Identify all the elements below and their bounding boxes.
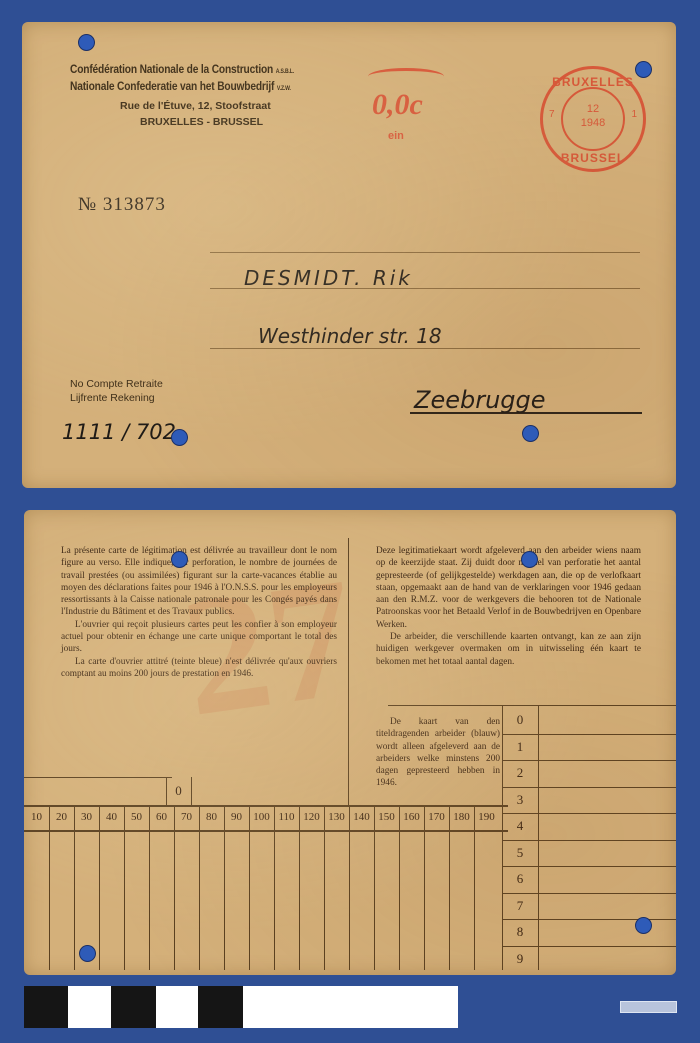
- dutch-paragraph-2: De arbeider, die verschillende kaarten o…: [376, 631, 641, 668]
- grid-line: [174, 806, 175, 970]
- dutch-text-column-bottom: De kaart van den titeldragenden arbeider…: [376, 716, 500, 790]
- zero-cell: 0: [166, 783, 191, 799]
- grid-line: [224, 806, 225, 970]
- french-paragraph-1: La présente carte de légitimation est dé…: [61, 545, 337, 619]
- column-divider: [348, 538, 349, 806]
- tens-column-header: 60: [149, 811, 174, 823]
- tens-column-header: 180: [449, 811, 474, 823]
- grid-line: [502, 813, 676, 814]
- tens-column-header: 30: [74, 811, 99, 823]
- header-line-fr: Confédération Nationale de la Constructi…: [70, 62, 294, 76]
- tens-column-header: 70: [174, 811, 199, 823]
- grid-line: [502, 946, 676, 947]
- tens-column-header: 80: [199, 811, 224, 823]
- rule-line: [210, 348, 640, 349]
- units-row-label: 8: [505, 924, 535, 940]
- meter-arc: [368, 68, 444, 85]
- meter-lower: ein: [388, 130, 404, 142]
- number-label: №: [78, 194, 97, 215]
- units-row-label: 7: [505, 898, 535, 914]
- dutch-paragraph-1: Deze legitimatiekaart wordt afgeleverd a…: [376, 545, 641, 631]
- calibration-white-3: [243, 986, 458, 1028]
- holder-town: Zeebrugge: [414, 386, 546, 414]
- postmark-bottom: BRUSSEL: [543, 151, 643, 165]
- grid-line: [502, 919, 676, 920]
- french-paragraph-3: La carte d'ouvrier attitré (teinte bleue…: [61, 656, 337, 681]
- calibration-black-1: [24, 986, 68, 1028]
- grid-line: [538, 705, 539, 970]
- tens-column-header: 160: [399, 811, 424, 823]
- dutch-paragraph-3: De kaart van den titeldragenden arbeider…: [376, 716, 500, 790]
- grid-line: [99, 806, 100, 970]
- grid-line: [502, 705, 503, 970]
- card-number: № 313873: [78, 194, 166, 216]
- calibration-black-3: [198, 986, 243, 1028]
- units-row-label: 4: [505, 818, 535, 834]
- tens-column-header: 40: [99, 811, 124, 823]
- perforation-hole: [172, 430, 187, 445]
- grid-line: [24, 830, 508, 832]
- perforation-hole: [522, 552, 537, 567]
- grid-line: [191, 777, 192, 805]
- tens-column-header: 120: [299, 811, 324, 823]
- grid-line: [502, 866, 676, 867]
- postmark-top: BRUXELLES: [543, 75, 643, 89]
- back-card: 27 La présente carte de légitimation est…: [24, 510, 676, 975]
- rule-line: [210, 252, 640, 253]
- tens-column-header: 110: [274, 811, 299, 823]
- front-card: Confédération Nationale de la Constructi…: [22, 22, 676, 488]
- header-nl-text: Nationale Confederatie van het Bouwbedri…: [70, 79, 274, 93]
- grid-line: [424, 806, 425, 970]
- units-row-label: 6: [505, 871, 535, 887]
- units-row-label: 3: [505, 792, 535, 808]
- units-row-label: 0: [505, 712, 535, 728]
- header-line-nl: Nationale Confederatie van het Bouwbedri…: [70, 79, 291, 93]
- header-nl-suffix: V.Z.W.: [277, 86, 291, 92]
- tens-column-header: 170: [424, 811, 449, 823]
- header-address: Rue de l'Étuve, 12, Stoofstraat: [120, 100, 271, 112]
- grid-line: [49, 806, 50, 970]
- units-row-label: 9: [505, 951, 535, 967]
- grid-line: [502, 760, 676, 761]
- account-label-nl: Lijfrente Rekening: [70, 392, 155, 405]
- grid-line: [502, 840, 676, 841]
- perforation-hole: [172, 552, 187, 567]
- grid-line: [474, 806, 475, 970]
- grid-line: [199, 806, 200, 970]
- calibration-white-2: [156, 986, 198, 1028]
- archive-label: [620, 1001, 677, 1013]
- tens-column-header: 130: [324, 811, 349, 823]
- grid-line: [399, 806, 400, 970]
- units-row-label: 2: [505, 765, 535, 781]
- french-paragraph-2: L'ouvrier qui reçoit plusieurs cartes pe…: [61, 619, 337, 656]
- grid-line: [388, 705, 676, 706]
- number-value: 313873: [103, 194, 166, 215]
- tens-column-header: 150: [374, 811, 399, 823]
- header-city: BRUXELLES - BRUSSEL: [140, 116, 263, 128]
- grid-line: [249, 806, 250, 970]
- dutch-text-column-top: Deze legitimatiekaart wordt afgeleverd a…: [376, 545, 641, 668]
- perforation-hole: [80, 946, 95, 961]
- holder-street: Westhinder str. 18: [258, 324, 442, 348]
- calibration-white-1: [68, 986, 111, 1028]
- meter-value: 0,0c: [372, 88, 423, 122]
- grid-line: [24, 777, 172, 778]
- header-fr-text: Confédération Nationale de la Constructi…: [70, 62, 273, 76]
- postmark-day: 12: [543, 103, 643, 115]
- tens-column-header: 50: [124, 811, 149, 823]
- grid-line: [324, 806, 325, 970]
- grid-line: [349, 806, 350, 970]
- grid-line: [449, 806, 450, 970]
- postmark-stamp: BRUXELLES 7 12 1 1948 BRUSSEL: [540, 66, 646, 172]
- units-row-label: 1: [505, 739, 535, 755]
- grid-line: [124, 806, 125, 970]
- meter-stamp: 0,0c ein: [362, 64, 452, 154]
- perforation-hole: [523, 426, 538, 441]
- tens-column-header: 140: [349, 811, 374, 823]
- perforation-hole: [79, 35, 94, 50]
- grid-line: [502, 893, 676, 894]
- perforation-hole: [636, 918, 651, 933]
- postmark-year: 1948: [543, 117, 643, 129]
- tens-column-header: 10: [24, 811, 49, 823]
- grid-line: [74, 806, 75, 970]
- grid-line: [24, 805, 508, 807]
- grid-line: [502, 787, 676, 788]
- tens-column-header: 90: [224, 811, 249, 823]
- account-label-fr: No Compte Retraite: [70, 378, 163, 391]
- header-fr-suffix: A.S.B.L.: [276, 69, 294, 75]
- grid-line: [299, 806, 300, 970]
- account-number: 1111 / 702.: [62, 420, 183, 444]
- grid-line: [149, 806, 150, 970]
- grid-line: [374, 806, 375, 970]
- tens-column-header: 20: [49, 811, 74, 823]
- tens-column-header: 100: [249, 811, 274, 823]
- french-text-column: La présente carte de légitimation est dé…: [61, 545, 337, 680]
- perforation-hole: [636, 62, 651, 77]
- holder-name: DESMIDT. Rik: [244, 266, 413, 290]
- grid-line: [502, 734, 676, 735]
- calibration-black-2: [111, 986, 156, 1028]
- grid-line: [274, 806, 275, 970]
- tens-column-header: 190: [474, 811, 499, 823]
- units-row-label: 5: [505, 845, 535, 861]
